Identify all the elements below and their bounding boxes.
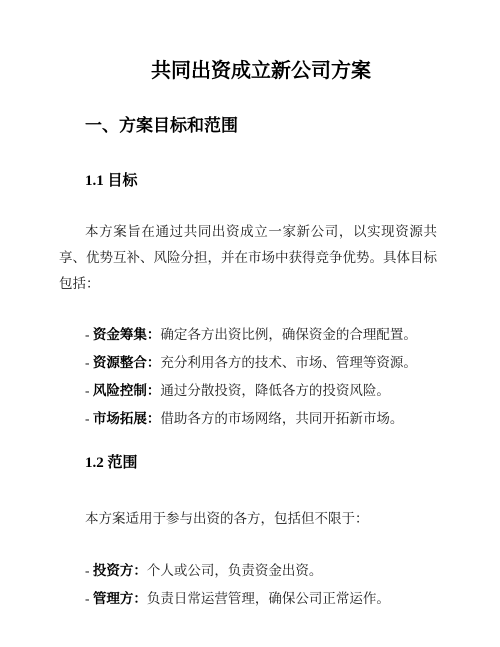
bullet-text: 负责日常运营管理，确保公司正常运作。: [147, 591, 390, 606]
bullet-label: 投资方：: [93, 563, 147, 578]
list-item: - 管理方：负责日常运营管理，确保公司正常运作。: [59, 585, 437, 613]
bullet-label: 风险控制：: [93, 383, 161, 398]
bullet-text: 个人或公司，负责资金出资。: [147, 563, 323, 578]
bullet-text: 充分利用各方的技术、市场、管理等资源。: [160, 355, 417, 370]
list-item: - 资源整合：充分利用各方的技术、市场、管理等资源。: [59, 349, 437, 377]
scope-paragraph: 本方案适用于参与出资的各方，包括但不限于：: [59, 506, 437, 532]
bullet-label: 市场拓展：: [93, 411, 161, 426]
list-item: - 风险控制：通过分散投资，降低各方的投资风险。: [59, 377, 437, 405]
subsection-1-2-heading: 1.2 范围: [59, 453, 437, 474]
document-title: 共同出资成立新公司方案: [59, 57, 437, 86]
objectives-list: - 资金筹集：确定各方出资比例，确保资金的合理配置。 - 资源整合：充分利用各方…: [59, 321, 437, 433]
list-item: - 资金筹集：确定各方出资比例，确保资金的合理配置。: [59, 321, 437, 349]
bullet-dash: -: [85, 383, 93, 398]
section-1-heading: 一、方案目标和范围: [59, 114, 437, 137]
bullet-label: 资金筹集：: [93, 327, 161, 342]
bullet-label: 管理方：: [93, 591, 147, 606]
document-page: 共同出资成立新公司方案 一、方案目标和范围 1.1 目标 本方案旨在通过共同出资…: [0, 0, 500, 647]
bullet-text: 通过分散投资，降低各方的投资风险。: [160, 383, 390, 398]
bullet-dash: -: [85, 327, 93, 342]
scope-list: - 投资方：个人或公司，负责资金出资。 - 管理方：负责日常运营管理，确保公司正…: [59, 557, 437, 613]
bullet-dash: -: [85, 355, 93, 370]
subsection-1-1-heading: 1.1 目标: [59, 171, 437, 192]
list-item: - 市场拓展：借助各方的市场网络，共同开拓新市场。: [59, 405, 437, 433]
bullet-dash: -: [85, 563, 93, 578]
bullet-dash: -: [85, 411, 93, 426]
bullet-label: 资源整合：: [93, 355, 161, 370]
bullet-dash: -: [85, 591, 93, 606]
objectives-paragraph: 本方案旨在通过共同出资成立一家新公司，以实现资源共享、优势互补、风险分担，并在市…: [59, 219, 437, 297]
bullet-text: 借助各方的市场网络，共同开拓新市场。: [160, 411, 403, 426]
bullet-text: 确定各方出资比例，确保资金的合理配置。: [160, 327, 417, 342]
list-item: - 投资方：个人或公司，负责资金出资。: [59, 557, 437, 585]
